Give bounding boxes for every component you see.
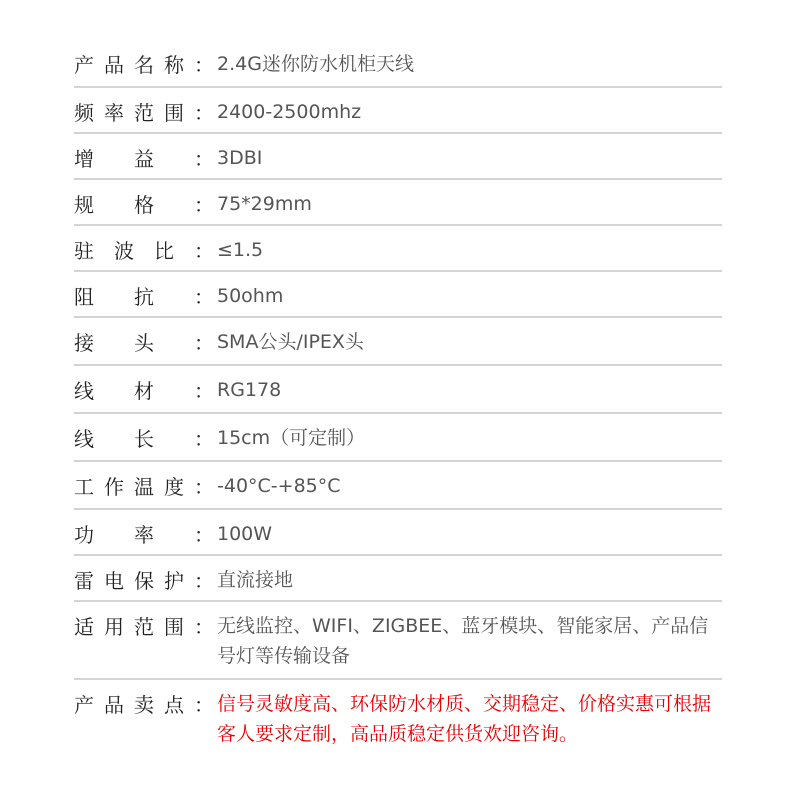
spec-row: 驻波比：≤1.5 xyxy=(74,226,722,272)
spec-label: 产品名称： xyxy=(74,49,214,78)
spec-label: 雷电保护： xyxy=(74,565,214,594)
spec-label: 接头： xyxy=(74,327,214,356)
spec-row: 阻抗：50ohm xyxy=(74,272,722,318)
spec-value: 2.4G迷你防水机柜天线 xyxy=(214,49,414,79)
spec-label: 频率范围： xyxy=(74,97,214,126)
spec-label: 增益： xyxy=(74,143,214,172)
spec-row: 工作温度：-40°C-+85°C xyxy=(74,462,722,510)
spec-value: 直流接地 xyxy=(214,565,293,595)
spec-value: 100W xyxy=(214,519,272,549)
spec-value: 信号灵敏度高、环保防水材质、交期稳定、价格实惠可根据客人要求定制，高品质稳定供货… xyxy=(214,689,722,749)
spec-label: 线长： xyxy=(74,423,214,452)
spec-label: 规格： xyxy=(74,189,214,218)
spec-value: RG178 xyxy=(214,375,281,405)
spec-value: SMA公头/IPEX头 xyxy=(214,327,364,357)
spec-value: 15cm（可定制） xyxy=(214,423,365,453)
spec-row: 产品卖点：信号灵敏度高、环保防水材质、交期稳定、价格实惠可根据客人要求定制，高品… xyxy=(74,680,722,760)
spec-value: 无线监控、WIFI、ZIGBEE、蓝牙模块、智能家居、产品信号灯等传输设备 xyxy=(214,611,722,671)
spec-row: 接头：SMA公头/IPEX头 xyxy=(74,318,722,366)
spec-table: 产品名称：2.4G迷你防水机柜天线频率范围：2400-2500mhz增益：3DB… xyxy=(74,40,722,760)
spec-label: 线材： xyxy=(74,375,214,404)
spec-row: 线材：RG178 xyxy=(74,366,722,414)
spec-row: 雷电保护：直流接地 xyxy=(74,556,722,602)
spec-label: 工作温度： xyxy=(74,471,214,500)
spec-row: 产品名称：2.4G迷你防水机柜天线 xyxy=(74,40,722,88)
spec-row: 线长：15cm（可定制） xyxy=(74,414,722,462)
spec-row: 频率范围：2400-2500mhz xyxy=(74,88,722,134)
spec-row: 适用范围：无线监控、WIFI、ZIGBEE、蓝牙模块、智能家居、产品信号灯等传输… xyxy=(74,602,722,680)
spec-value: 50ohm xyxy=(214,281,283,311)
spec-label: 驻波比： xyxy=(74,235,214,264)
spec-label: 阻抗： xyxy=(74,281,214,310)
spec-row: 规格：75*29mm xyxy=(74,180,722,226)
spec-label: 功率： xyxy=(74,519,214,548)
spec-value: 3DBI xyxy=(214,143,262,173)
spec-row: 增益：3DBI xyxy=(74,134,722,180)
spec-label: 适用范围： xyxy=(74,611,214,640)
spec-value: 75*29mm xyxy=(214,189,312,219)
spec-value: 2400-2500mhz xyxy=(214,97,361,127)
spec-row: 功率：100W xyxy=(74,510,722,556)
spec-label: 产品卖点： xyxy=(74,689,214,718)
spec-value: -40°C-+85°C xyxy=(214,471,341,501)
spec-value: ≤1.5 xyxy=(214,235,263,265)
